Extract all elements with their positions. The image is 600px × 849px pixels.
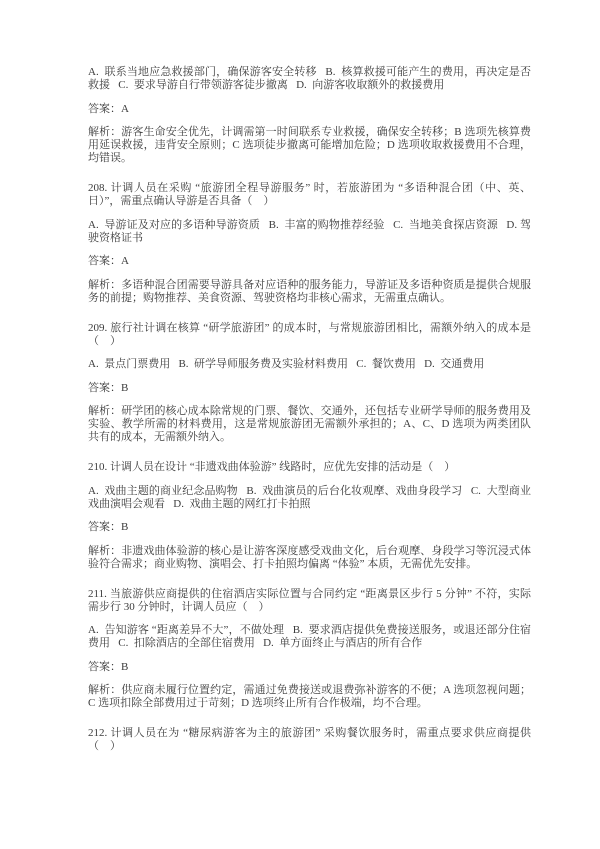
question-stem: 210. 计调人员在设计 “非遗戏曲体验游” 线路时，应优先安排的活动是（ ）	[88, 461, 531, 474]
question-options: A. 联系当地应急救援部门，确保游客安全转移 B. 核算救援可能产生的费用，再决…	[88, 66, 531, 92]
analysis-text: 解析：多语种混合团需要导游具备对应语种的服务能力，导游证及多语种资质是提供合规服…	[88, 279, 531, 305]
question-stem: 211. 当旅游供应商提供的住宿酒店实际位置与合同约定 “距离景区步行 5 分钟…	[88, 588, 531, 614]
question-block-210: 210. 计调人员在设计 “非遗戏曲体验游” 线路时，应优先安排的活动是（ ） …	[88, 461, 531, 571]
question-stem: 208. 计调人员在采购 “旅游团全程导游服务” 时，若旅游团为 “多语种混合团…	[88, 182, 531, 208]
question-block-209: 209. 旅行社计调在核算 “研学旅游团” 的成本时，与常规旅游团相比，需额外纳…	[88, 322, 531, 445]
answer-line: 答案：B	[88, 521, 531, 534]
question-options: A. 景点门票费用 B. 研学导师服务费及实验材料费用 C. 餐饮费用 D. 交…	[88, 358, 531, 371]
question-options: A. 导游证及对应的多语种导游资质 B. 丰富的购物推荐经验 C. 当地美食探店…	[88, 219, 531, 245]
answer-line: 答案：A	[88, 255, 531, 268]
question-list: A. 联系当地应急救援部门，确保游客安全转移 B. 核算救援可能产生的费用，再决…	[88, 66, 531, 764]
analysis-text: 解析：游客生命安全优先，计调需第一时间联系专业救援，确保安全转移；B 选项先核算…	[88, 126, 531, 165]
question-options: A. 戏曲主题的商业纪念品购物 B. 戏曲演员的后台化妆观摩、戏曲身段学习 C.…	[88, 485, 531, 511]
analysis-text: 解析：非遗戏曲体验游的核心是让游客深度感受戏曲文化，后台观摩、身段学习等沉浸式体…	[88, 545, 531, 571]
question-block-partial: A. 联系当地应急救援部门，确保游客安全转移 B. 核算救援可能产生的费用，再决…	[88, 66, 531, 165]
document-page: A. 联系当地应急救援部门，确保游客安全转移 B. 核算救援可能产生的费用，再决…	[0, 0, 600, 849]
question-block-208: 208. 计调人员在采购 “旅游团全程导游服务” 时，若旅游团为 “多语种混合团…	[88, 182, 531, 305]
answer-line: 答案：B	[88, 382, 531, 395]
answer-line: 答案：B	[88, 661, 531, 674]
question-block-211: 211. 当旅游供应商提供的住宿酒店实际位置与合同约定 “距离景区步行 5 分钟…	[88, 588, 531, 711]
answer-line: 答案：A	[88, 103, 531, 116]
question-stem: 209. 旅行社计调在核算 “研学旅游团” 的成本时，与常规旅游团相比，需额外纳…	[88, 322, 531, 348]
question-stem: 212. 计调人员在为 “糖尿病游客为主的旅游团” 采购餐饮服务时，需重点要求供…	[88, 727, 531, 753]
question-options: A. 告知游客 “距离差异不大”，不做处理 B. 要求酒店提供免费接送服务，或退…	[88, 624, 531, 650]
question-block-212: 212. 计调人员在为 “糖尿病游客为主的旅游团” 采购餐饮服务时，需重点要求供…	[88, 727, 531, 753]
analysis-text: 解析：研学团的核心成本除常规的门票、餐饮、交通外，还包括专业研学导师的服务费用及…	[88, 405, 531, 444]
analysis-text: 解析：供应商未履行位置约定，需通过免费接送或退费弥补游客的不便；A 选项忽视问题…	[88, 684, 531, 710]
